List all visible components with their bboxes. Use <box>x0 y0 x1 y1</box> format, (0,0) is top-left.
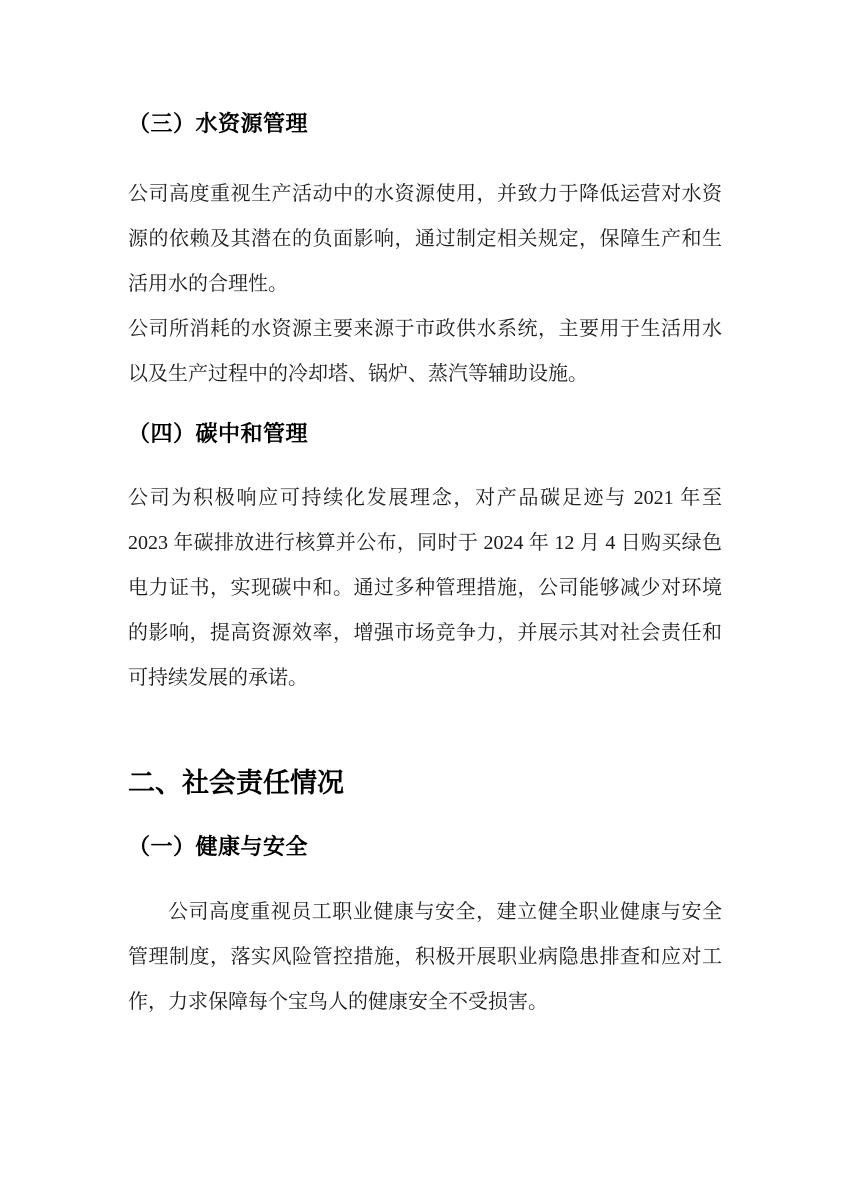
section-heading-carbon-neutrality: （四）碳中和管理 <box>128 422 722 446</box>
document-content: （三）水资源管理 公司高度重视生产活动中的水资源使用，并致力于降低运营对水资源的… <box>0 112 848 1025</box>
paragraph-water-source: 公司所消耗的水资源主要来源于市政供水系统，主要用于生活用水以及生产过程中的冷却塔… <box>128 307 722 397</box>
chapter-heading-social-responsibility: 二、社会责任情况 <box>128 768 722 798</box>
paragraph-water-usage-policy: 公司高度重视生产活动中的水资源使用，并致力于降低运营对水资源的依赖及其潜在的负面… <box>128 172 722 307</box>
paragraph-carbon-neutrality: 公司为积极响应可持续化发展理念，对产品碳足迹与 2021 年至 2023 年碳排… <box>128 476 722 701</box>
document-page: （三）水资源管理 公司高度重视生产活动中的水资源使用，并致力于降低运营对水资源的… <box>0 0 848 1200</box>
paragraph-health-safety: 公司高度重视员工职业健康与安全，建立健全职业健康与安全管理制度，落实风险管控措施… <box>128 890 722 1025</box>
section-heading-water-resources: （三）水资源管理 <box>128 112 722 136</box>
section-heading-health-safety: （一）健康与安全 <box>128 835 722 859</box>
